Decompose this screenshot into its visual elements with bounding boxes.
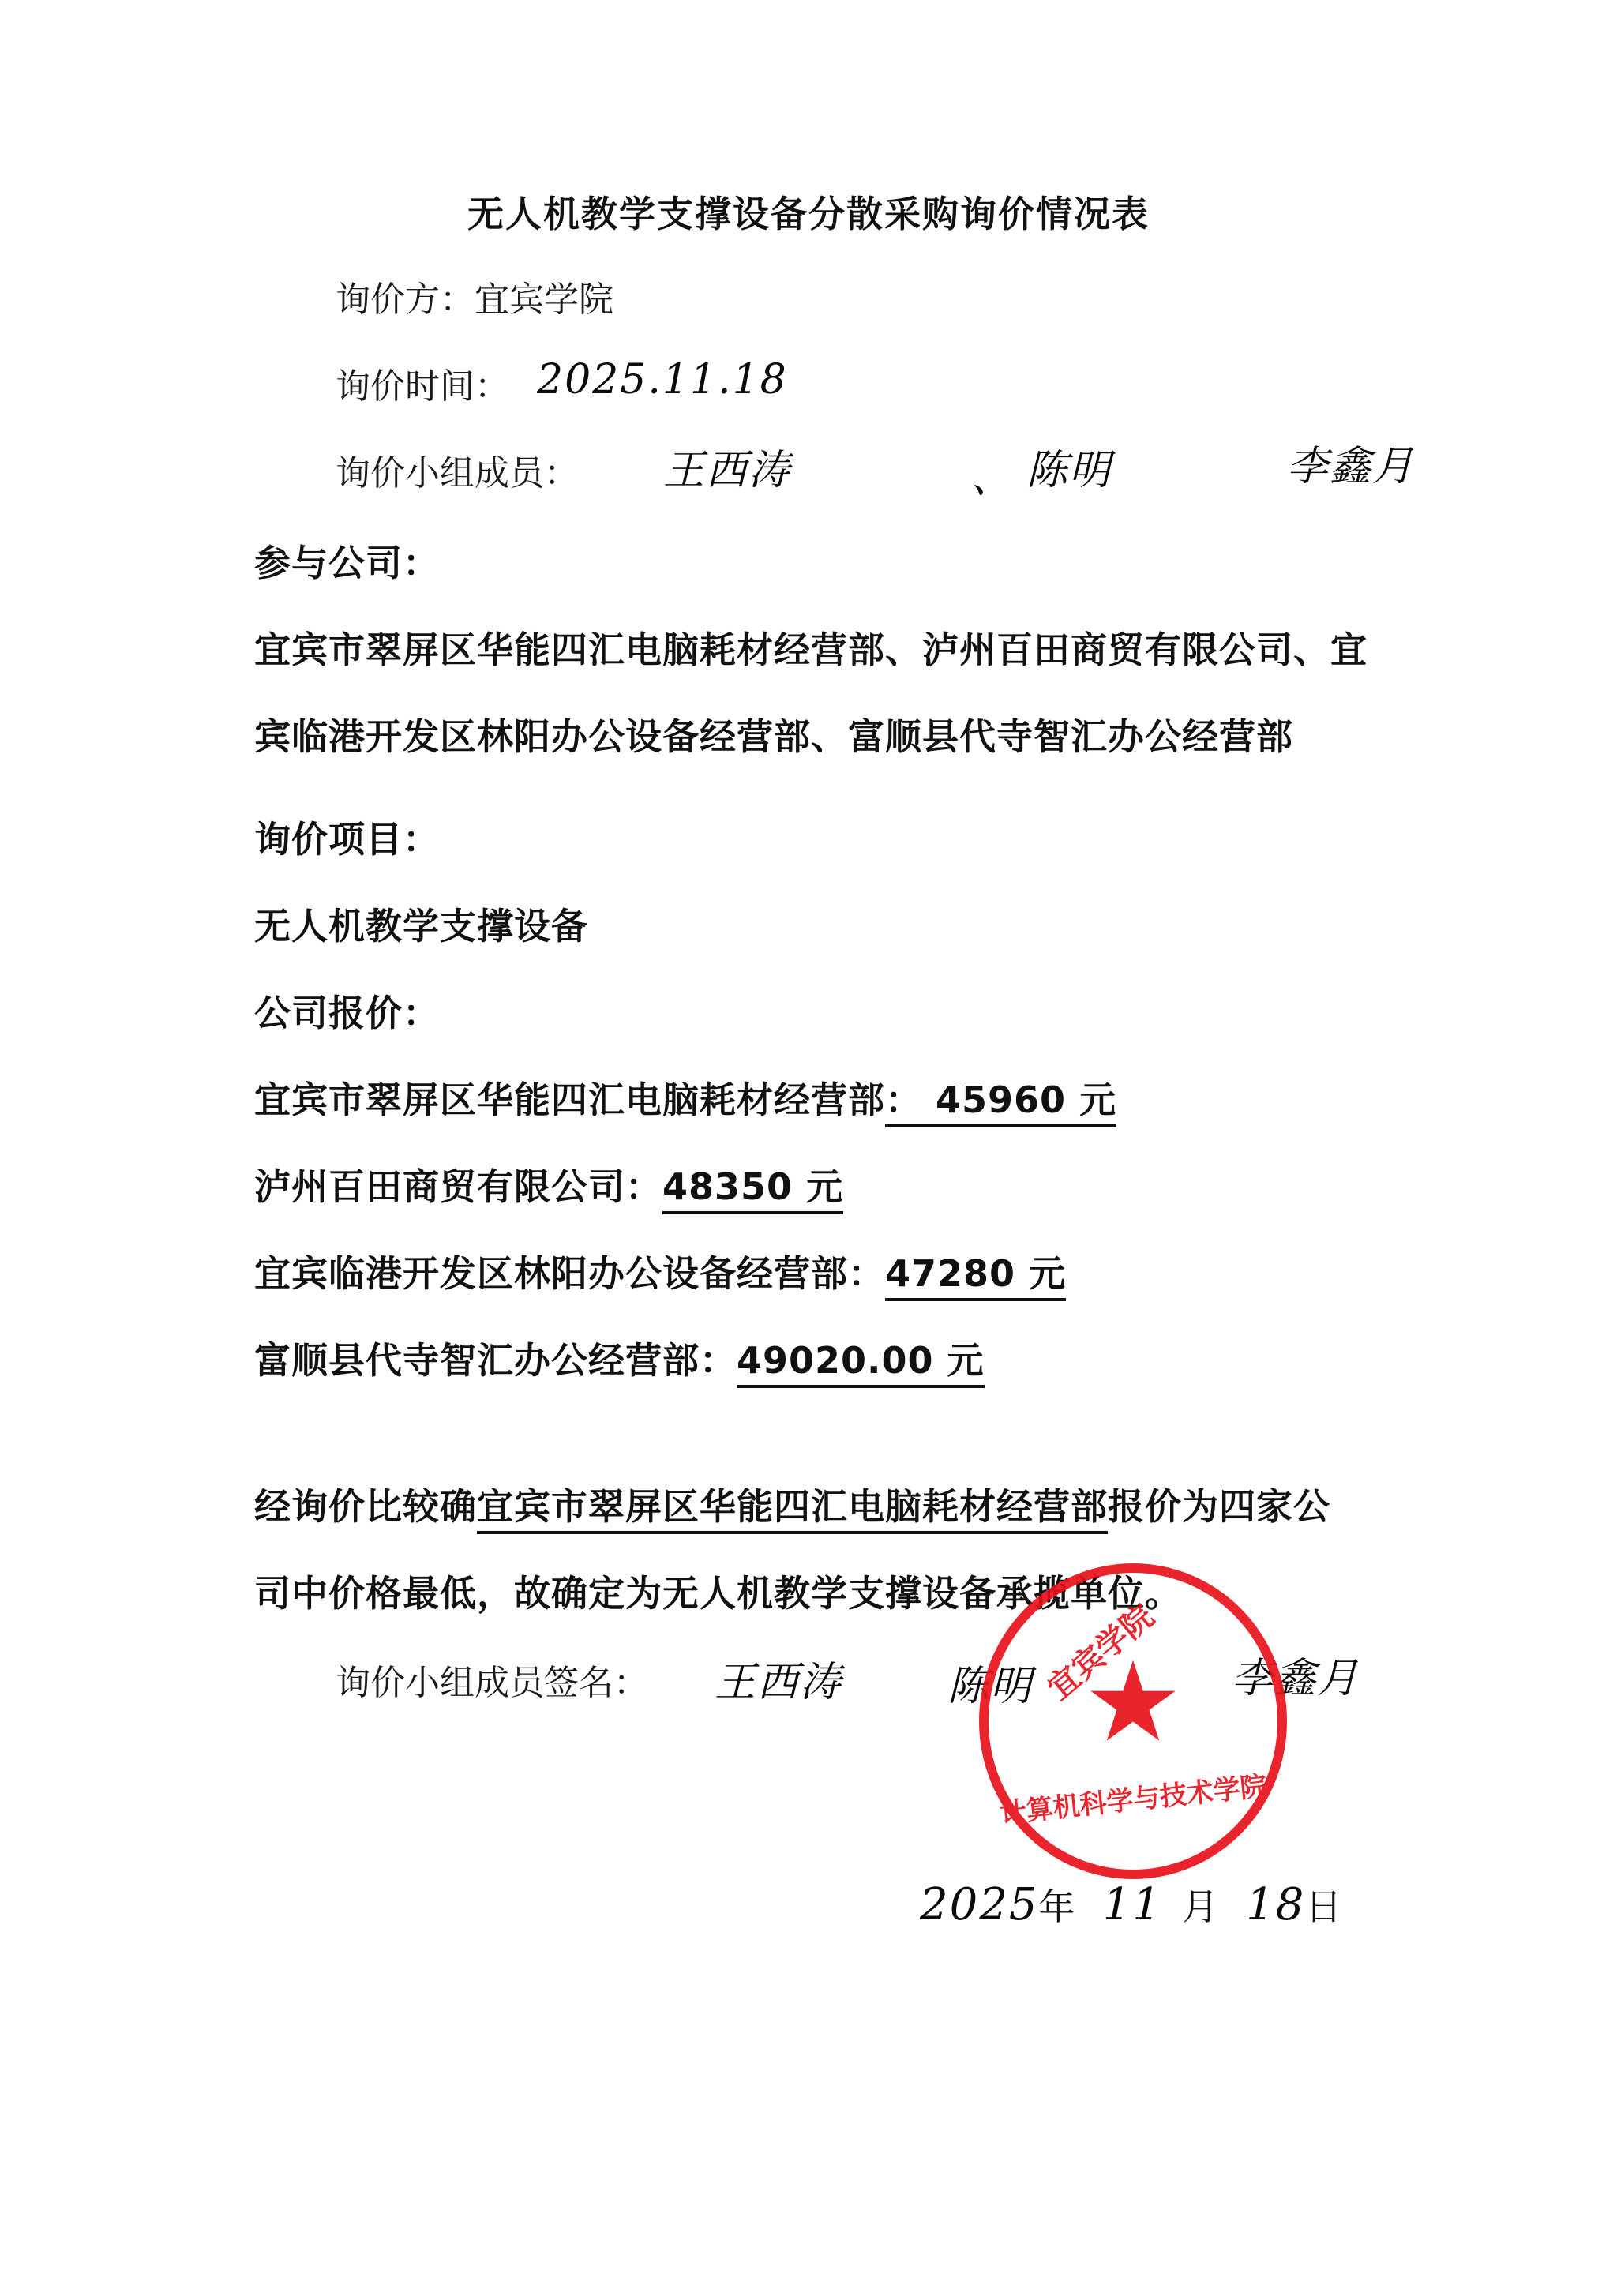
date-month: 11: [1103, 1879, 1162, 1930]
quote-company: 宜宾市翠屏区华能四汇电脑耗材经营部: [254, 1079, 885, 1121]
quote-colon: ：: [625, 1165, 662, 1208]
quote-amount-underlined: 49020.00 元: [737, 1339, 985, 1388]
project-value: 无人机教学支撑设备: [254, 908, 588, 944]
date-month-label: 月: [1182, 1885, 1218, 1928]
quote-company: 泸州百田商贸有限公司: [254, 1165, 625, 1208]
conclusion-winner: 宜宾市翠屏区华能四汇电脑耗材经营部: [477, 1485, 1108, 1534]
participants-line-2: 宾临港开发区林阳办公设备经营部、富顺县代寺智汇办公经营部: [254, 718, 1293, 755]
quote-colon: ：: [700, 1339, 737, 1382]
quote-amount: 48350: [662, 1165, 793, 1208]
conclusion-suffix: 报价为四家公: [1108, 1485, 1330, 1528]
quote-amount-underlined: 47280 元: [885, 1252, 1066, 1301]
quote-amount: 45960: [936, 1079, 1066, 1121]
official-seal: 宜宾学院 ★ 计算机科学与技术学院: [979, 1563, 1287, 1879]
sign-date: 2025年 11 月 18日: [920, 1883, 1341, 1927]
quote-company: 宜宾临港开发区林阳办公设备经营部: [254, 1252, 848, 1295]
date-year: 2025: [920, 1879, 1039, 1930]
inquirer-value: 宜宾学院: [475, 279, 613, 320]
quote-row: 富顺县代寺智汇办公经营部：49020.00 元: [254, 1342, 985, 1379]
project-heading: 询价项目：: [254, 821, 440, 857]
quote-colon: ：: [848, 1252, 885, 1295]
quote-amount-underlined: ： 45960 元: [885, 1079, 1116, 1127]
quote-unit: 元: [1079, 1079, 1116, 1121]
inquiry-time-label: 询价时间：: [336, 370, 509, 404]
quote-amount: 47280: [885, 1252, 1015, 1295]
quote-unit: 元: [806, 1165, 843, 1208]
quotes-heading: 公司报价：: [254, 995, 440, 1031]
participants-heading: 参与公司：: [254, 545, 440, 581]
inquirer-row: 询价方：宜宾学院: [336, 283, 613, 317]
date-day-label: 日: [1305, 1885, 1341, 1928]
signature-member-1: 王西涛: [663, 450, 791, 491]
quote-row: 宜宾临港开发区林阳办公设备经营部：47280 元: [254, 1255, 1066, 1292]
conclusion-prefix: 经询价比较确: [254, 1485, 477, 1528]
conclusion-line-1: 经询价比较确宜宾市翠屏区华能四汇电脑耗材经营部报价为四家公: [254, 1488, 1330, 1525]
sign-off-label: 询价小组成员签名：: [336, 1666, 648, 1701]
date-day: 18: [1246, 1879, 1305, 1930]
seal-bottom-text: 计算机科学与技术学院: [987, 1763, 1278, 1832]
quote-amount-underlined: 48350 元: [662, 1165, 843, 1214]
signoff-signature-1: 王西涛: [715, 1662, 842, 1703]
star-icon: ★: [1083, 1648, 1183, 1758]
quote-colon: ：: [885, 1079, 922, 1121]
quote-unit: 元: [947, 1339, 985, 1382]
quote-company: 富顺县代寺智汇办公经营部: [254, 1339, 700, 1382]
inquiry-time-handwritten: 2025.11.18: [537, 359, 788, 400]
quote-row: 宜宾市翠屏区华能四汇电脑耗材经营部： 45960 元: [254, 1082, 1116, 1118]
signature-member-2: 陈明: [1026, 450, 1112, 491]
participants-line-1: 宜宾市翠屏区华能四汇电脑耗材经营部、泸州百田商贸有限公司、宜: [254, 632, 1368, 668]
quote-unit: 元: [1029, 1252, 1066, 1295]
signature-separator: 、: [971, 458, 1014, 499]
inquiry-members-label: 询价小组成员：: [336, 456, 579, 491]
document-title: 无人机教学支撑设备分散采购询价情况表: [0, 196, 1617, 232]
quote-amount: 49020.00: [737, 1339, 934, 1382]
inquirer-label: 询价方：: [336, 279, 475, 320]
quote-row: 泸州百田商贸有限公司：48350 元: [254, 1169, 843, 1205]
signature-member-3: 李鑫月: [1287, 446, 1415, 487]
date-year-label: 年: [1039, 1885, 1075, 1928]
